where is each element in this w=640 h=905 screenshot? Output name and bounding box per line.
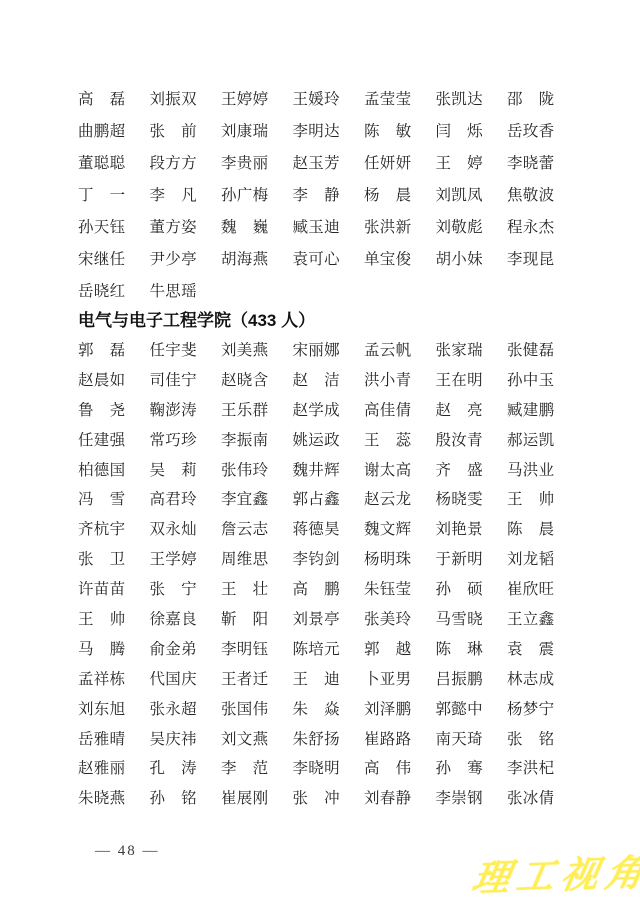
person-name: 王学婷: [150, 547, 198, 569]
person-name: 李贵丽: [221, 151, 269, 173]
person-name: 王 帅: [78, 607, 126, 629]
name-row: 朱晓燕孙 铭崔展刚张 冲刘春静李崇钢张冰倩: [78, 782, 578, 812]
person-name: 鞠澎涛: [150, 398, 198, 420]
name-row: 柏德国吴 莉张伟玲魏井辉谢太高齐 盛马洪业: [78, 454, 578, 484]
person-name: 张伟玲: [221, 458, 269, 480]
name-row: 赵雅丽孔 涛李 范李晓明高 伟孙 骞李洪杞: [78, 752, 578, 782]
person-name: 姚运政: [293, 428, 341, 450]
person-name: 林志成: [507, 667, 555, 689]
person-name: 张洪新: [364, 215, 412, 237]
person-name: 牛思瑶: [150, 279, 198, 301]
person-name: 王立鑫: [507, 607, 555, 629]
person-name: 徐嘉良: [150, 607, 198, 629]
name-row: 张 卫王学婷周维思李钧剑杨明珠于新明刘龙韬: [78, 543, 578, 573]
person-name: 李晓明: [293, 756, 341, 778]
person-name: 高佳倩: [364, 398, 412, 420]
person-name: 赵雅丽: [78, 756, 126, 778]
name-grid-section-2: 郭 磊任宇斐刘美燕宋丽娜孟云帆张家瑞张健磊赵晨如司佳宁赵晓含赵 洁洪小青王在明孙…: [78, 334, 578, 812]
person-name: 崔路路: [364, 727, 412, 749]
person-name: 袁可心: [293, 247, 341, 269]
person-name: 尹少亭: [150, 247, 198, 269]
person-name: 郝运凯: [507, 428, 555, 450]
person-name: 李振南: [221, 428, 269, 450]
person-name: 赵 洁: [293, 368, 341, 390]
person-name: 代国庆: [150, 667, 198, 689]
person-name: 刘美燕: [221, 338, 269, 360]
person-name: 邵 陇: [507, 87, 555, 109]
name-row: 王 帅徐嘉良靳 阳刘景亭张美玲马雪晓王立鑫: [78, 603, 578, 633]
person-name: 郭懿中: [436, 697, 484, 719]
person-name: 孙 硕: [436, 577, 484, 599]
person-name: 齐杭宇: [78, 517, 126, 539]
person-name: 王者迁: [221, 667, 269, 689]
name-row: 岳雅晴吴庆祎刘文燕朱舒扬崔路路南天琦张 铭: [78, 723, 578, 753]
person-name: 张健磊: [507, 338, 555, 360]
person-name: 王媛玲: [293, 87, 341, 109]
person-name: 赵晨如: [78, 368, 126, 390]
name-row: 丁 一李 凡孙广梅李 静杨 晨刘凯凤焦敬波: [78, 178, 578, 210]
name-row: 齐杭宇双永灿詹云志蒋德昊魏文辉刘艳景陈 晨: [78, 513, 578, 543]
person-name: 杨梦宁: [507, 697, 555, 719]
person-name: 孙中玉: [507, 368, 555, 390]
person-name: 马 腾: [78, 637, 126, 659]
person-name: 朱舒扬: [293, 727, 341, 749]
person-name: 朱 焱: [293, 697, 341, 719]
person-name: 王 婷: [436, 151, 484, 173]
name-row: 许苗苗张 宁王 壮高 鹏朱钰莹孙 硕崔欣旺: [78, 573, 578, 603]
page-number: — 48 —: [95, 843, 160, 860]
person-name: 丁 一: [78, 183, 126, 205]
document-body: 高 磊刘振双王婷婷王媛玲孟莹莹张凯达邵 陇曲鹏超张 前刘康瑞李明达陈 敏闫 烁岳…: [78, 82, 578, 812]
person-name: 李明达: [293, 119, 341, 141]
person-name: 殷汝青: [436, 428, 484, 450]
person-name: 马洪业: [507, 458, 555, 480]
person-name: 郭 越: [364, 637, 412, 659]
person-name: 宋丽娜: [293, 338, 341, 360]
person-name: 刘东旭: [78, 697, 126, 719]
name-row: 孟祥栋代国庆王者迁王 迪卜亚男吕振鹏林志成: [78, 663, 578, 693]
person-name: 王 迪: [293, 667, 341, 689]
person-name: 杨晓雯: [436, 487, 484, 509]
person-name: 王 壮: [221, 577, 269, 599]
person-name: 单宝俊: [364, 247, 412, 269]
person-name: 刘春静: [364, 786, 412, 808]
name-row: 任建强常巧珍李振南姚运政王 蕊殷汝青郝运凯: [78, 424, 578, 454]
person-name: 郭占鑫: [293, 487, 341, 509]
person-name: 常巧珍: [150, 428, 198, 450]
person-name: 陈 琳: [436, 637, 484, 659]
person-name: 张 卫: [78, 547, 126, 569]
person-name: 臧玉迪: [293, 215, 341, 237]
person-name: 朱晓燕: [78, 786, 126, 808]
person-name: 董聪聪: [78, 151, 126, 173]
person-name: 董方姿: [150, 215, 198, 237]
person-name: 刘龙韬: [507, 547, 555, 569]
person-name: 任建强: [78, 428, 126, 450]
name-row: 马 腾俞金弟李明钰陈培元郭 越陈 琳袁 震: [78, 633, 578, 663]
person-name: 王婷婷: [221, 87, 269, 109]
person-name: 孙天钰: [78, 215, 126, 237]
person-name: 孔 涛: [150, 756, 198, 778]
person-name: 蒋德昊: [293, 517, 341, 539]
person-name: 谢太高: [364, 458, 412, 480]
name-grid-section-1: 高 磊刘振双王婷婷王媛玲孟莹莹张凯达邵 陇曲鹏超张 前刘康瑞李明达陈 敏闫 烁岳…: [78, 82, 578, 306]
person-name: 双永灿: [150, 517, 198, 539]
person-name: 魏井辉: [293, 458, 341, 480]
person-name: 段方方: [150, 151, 198, 173]
person-name: 高 伟: [364, 756, 412, 778]
person-name: 张凯达: [436, 87, 484, 109]
person-name: 刘泽鹏: [364, 697, 412, 719]
name-row: 董聪聪段方方李贵丽赵玉芳任妍妍王 婷李晓蕾: [78, 146, 578, 178]
person-name: 高君玲: [150, 487, 198, 509]
person-name: 张 前: [150, 119, 198, 141]
person-name: 于新明: [436, 547, 484, 569]
person-name: 陈培元: [293, 637, 341, 659]
person-name: 高 磊: [78, 87, 126, 109]
person-name: 刘文燕: [221, 727, 269, 749]
person-name: 吴庆祎: [150, 727, 198, 749]
person-name: 王 帅: [507, 487, 555, 509]
person-name: 刘凯凤: [436, 183, 484, 205]
person-name: 张冰倩: [507, 786, 555, 808]
person-name: 冯 雪: [78, 487, 126, 509]
person-name: 刘康瑞: [221, 119, 269, 141]
person-name: 王在明: [436, 368, 484, 390]
name-row: 曲鹏超张 前刘康瑞李明达陈 敏闫 烁岳玫香: [78, 114, 578, 146]
person-name: 齐 盛: [436, 458, 484, 480]
person-name: 靳 阳: [221, 607, 269, 629]
person-name: 南天琦: [436, 727, 484, 749]
person-name: 李洪杞: [507, 756, 555, 778]
person-name: 张美玲: [364, 607, 412, 629]
section-heading-electrical-engineering: 电气与电子工程学院（433 人）: [78, 308, 578, 334]
person-name: 孙 铭: [150, 786, 198, 808]
person-name: 岳玫香: [507, 119, 555, 141]
person-name: 程永杰: [507, 215, 555, 237]
person-name: 李 范: [221, 756, 269, 778]
person-name: 张 宁: [150, 577, 198, 599]
person-name: 张 冲: [293, 786, 341, 808]
person-name: 洪小青: [364, 368, 412, 390]
person-name: 胡小妹: [436, 247, 484, 269]
person-name: 李现昆: [507, 247, 555, 269]
person-name: 杨明珠: [364, 547, 412, 569]
person-name: 王 蕊: [364, 428, 412, 450]
person-name: 郭 磊: [78, 338, 126, 360]
person-name: 孙 骞: [436, 756, 484, 778]
person-name: 张 铭: [507, 727, 555, 749]
person-name: 杨 晨: [364, 183, 412, 205]
person-name: 赵学成: [293, 398, 341, 420]
person-name: 孟莹莹: [364, 87, 412, 109]
person-name: 李晓蕾: [507, 151, 555, 173]
person-name: 闫 烁: [436, 119, 484, 141]
person-name: 赵玉芳: [293, 151, 341, 173]
person-name: 张国伟: [221, 697, 269, 719]
name-row: 郭 磊任宇斐刘美燕宋丽娜孟云帆张家瑞张健磊: [78, 334, 578, 364]
person-name: 魏文辉: [364, 517, 412, 539]
person-name: 任宇斐: [150, 338, 198, 360]
person-name: 陈 晨: [507, 517, 555, 539]
person-name: 焦敬波: [507, 183, 555, 205]
person-name: 马雪晓: [436, 607, 484, 629]
name-row: 孙天钰董方姿魏 巍臧玉迪张洪新刘敬彪程永杰: [78, 210, 578, 242]
watermark-logo: 理工视角: [469, 842, 640, 902]
name-row: 赵晨如司佳宁赵晓含赵 洁洪小青王在明孙中玉: [78, 364, 578, 394]
name-row: 宋继任尹少亭胡海燕袁可心单宝俊胡小妹李现昆: [78, 242, 578, 274]
person-name: 李 静: [293, 183, 341, 205]
person-name: 胡海燕: [221, 247, 269, 269]
person-name: 陈 敏: [364, 119, 412, 141]
person-name: 高 鹏: [293, 577, 341, 599]
person-name: 司佳宁: [150, 368, 198, 390]
person-name: 臧建鹏: [507, 398, 555, 420]
person-name: 崔欣旺: [507, 577, 555, 599]
person-name: 岳雅晴: [78, 727, 126, 749]
person-name: 许苗苗: [78, 577, 126, 599]
person-name: 詹云志: [221, 517, 269, 539]
person-name: 魏 巍: [221, 215, 269, 237]
person-name: 赵晓含: [221, 368, 269, 390]
person-name: 曲鹏超: [78, 119, 126, 141]
person-name: 周维思: [221, 547, 269, 569]
person-name: 任妍妍: [364, 151, 412, 173]
person-name: 赵云龙: [364, 487, 412, 509]
person-name: 李明钰: [221, 637, 269, 659]
person-name: 崔展刚: [221, 786, 269, 808]
person-name: 吕振鹏: [436, 667, 484, 689]
name-row: 鲁 尧鞠澎涛王乐群赵学成高佳倩赵 亮臧建鹏: [78, 394, 578, 424]
person-name: 李钧剑: [293, 547, 341, 569]
person-name: 王乐群: [221, 398, 269, 420]
name-row: 高 磊刘振双王婷婷王媛玲孟莹莹张凯达邵 陇: [78, 82, 578, 114]
person-name: 孟祥栋: [78, 667, 126, 689]
person-name: 鲁 尧: [78, 398, 126, 420]
person-name: 刘振双: [150, 87, 198, 109]
person-name: 朱钰莹: [364, 577, 412, 599]
person-name: 吴 莉: [150, 458, 198, 480]
person-name: 刘景亭: [293, 607, 341, 629]
person-name: 孙广梅: [221, 183, 269, 205]
person-name: 宋继任: [78, 247, 126, 269]
person-name: 俞金弟: [150, 637, 198, 659]
person-name: 李宜鑫: [221, 487, 269, 509]
name-row: 冯 雪高君玲李宜鑫郭占鑫赵云龙杨晓雯王 帅: [78, 483, 578, 513]
person-name: 袁 震: [507, 637, 555, 659]
person-name: 张永超: [150, 697, 198, 719]
name-row: 岳晓红牛思瑶: [78, 274, 578, 306]
person-name: 孟云帆: [364, 338, 412, 360]
name-row: 刘东旭张永超张国伟朱 焱刘泽鹏郭懿中杨梦宁: [78, 693, 578, 723]
person-name: 刘敬彪: [436, 215, 484, 237]
person-name: 赵 亮: [436, 398, 484, 420]
person-name: 柏德国: [78, 458, 126, 480]
person-name: 刘艳景: [436, 517, 484, 539]
person-name: 李 凡: [150, 183, 198, 205]
person-name: 岳晓红: [78, 279, 126, 301]
person-name: 卜亚男: [364, 667, 412, 689]
person-name: 张家瑞: [436, 338, 484, 360]
person-name: 李崇钢: [436, 786, 484, 808]
